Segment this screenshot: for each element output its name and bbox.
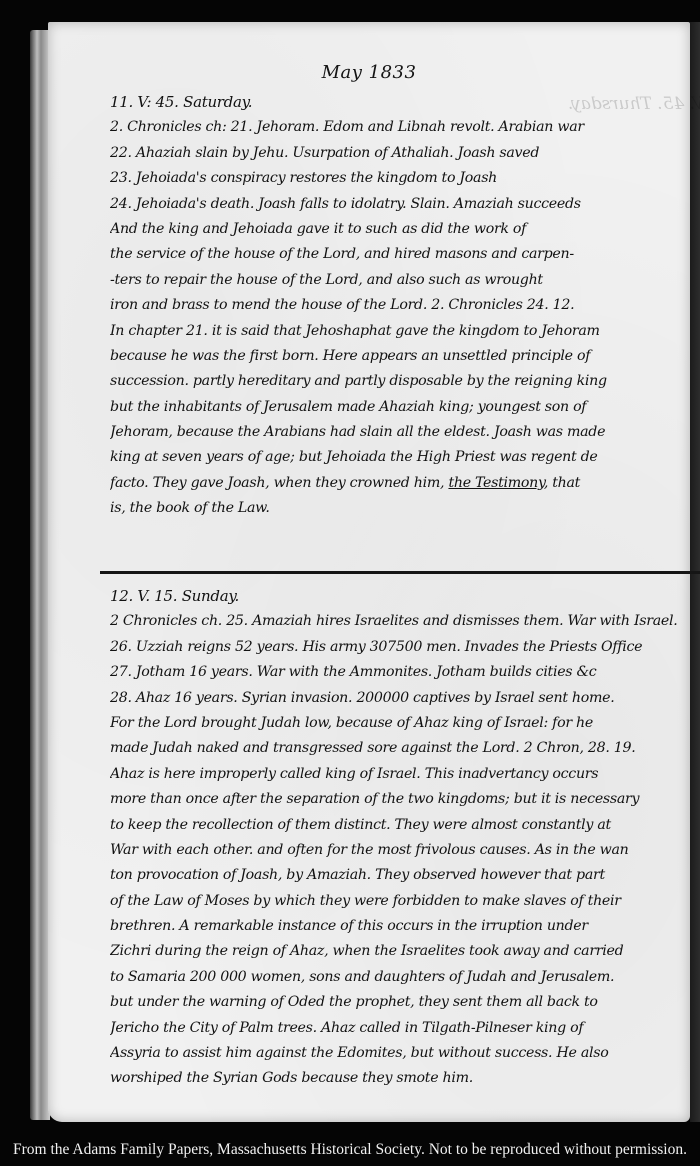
manuscript-line: but under the warning of Oded the prophe… xyxy=(110,990,700,1015)
diary-entry-2: 12. V. 15. Sunday.2 Chronicles ch. 25. A… xyxy=(110,584,700,1092)
scan-viewer: 9. V. 45. Thursday. May 1833 11. V: 45. … xyxy=(0,0,700,1166)
manuscript-line: made Judah naked and transgressed sore a… xyxy=(110,736,700,761)
manuscript-line: Assyria to assist him against the Edomit… xyxy=(110,1041,700,1066)
entry-date: 11. V: 45. Saturday. xyxy=(110,90,700,115)
manuscript-line: worshiped the Syrian Gods because they s… xyxy=(110,1066,700,1091)
manuscript-line: iron and brass to mend the house of the … xyxy=(110,293,700,318)
manuscript-line: Jehoram, because the Arabians had slain … xyxy=(110,420,700,445)
page-heading: May 1833 xyxy=(48,62,690,83)
diary-entry-1: 11. V: 45. Saturday.2. Chronicles ch: 21… xyxy=(110,90,700,522)
page-binding-edge xyxy=(30,30,50,1120)
manuscript-line: 24. Jehoiada's death. Joash falls to ido… xyxy=(110,192,700,217)
manuscript-line: 2. Chronicles ch: 21. Jehoram. Edom and … xyxy=(110,115,700,140)
manuscript-line: king at seven years of age; but Jehoiada… xyxy=(110,445,700,470)
manuscript-line: Zichri during the reign of Ahaz, when th… xyxy=(110,939,700,964)
manuscript-line: Jericho the City of Palm trees. Ahaz cal… xyxy=(110,1016,700,1041)
manuscript-line: Ahaz is here improperly called king of I… xyxy=(110,762,700,787)
manuscript-line: In chapter 21. it is said that Jehoshaph… xyxy=(110,319,700,344)
manuscript-line: is, the book of the Law. xyxy=(110,496,700,521)
manuscript-line: the service of the house of the Lord, an… xyxy=(110,242,700,267)
entry-date: 12. V. 15. Sunday. xyxy=(110,584,700,609)
manuscript-line: 23. Jehoiada's conspiracy restores the k… xyxy=(110,166,700,191)
manuscript-line: to keep the recollection of them distinc… xyxy=(110,813,700,838)
manuscript-line: but the inhabitants of Jerusalem made Ah… xyxy=(110,395,700,420)
manuscript-line: more than once after the separation of t… xyxy=(110,787,700,812)
manuscript-line: succession. partly hereditary and partly… xyxy=(110,369,700,394)
manuscript-line: For the Lord brought Judah low, because … xyxy=(110,711,700,736)
manuscript-line: of the Law of Moses by which they were f… xyxy=(110,889,700,914)
manuscript-line: facto. They gave Joash, when they crowne… xyxy=(110,471,700,496)
manuscript-line: to Samaria 200 000 women, sons and daugh… xyxy=(110,965,700,990)
manuscript-line: And the king and Jehoiada gave it to suc… xyxy=(110,217,700,242)
manuscript-line: brethren. A remarkable instance of this … xyxy=(110,914,700,939)
manuscript-line: 27. Jotham 16 years. War with the Ammoni… xyxy=(110,660,700,685)
manuscript-line: 28. Ahaz 16 years. Syrian invasion. 2000… xyxy=(110,686,700,711)
manuscript-line: ton provocation of Joash, by Amaziah. Th… xyxy=(110,863,700,888)
entry-divider-line xyxy=(100,571,700,574)
manuscript-line: -ters to repair the house of the Lord, a… xyxy=(110,268,700,293)
copyright-caption: From the Adams Family Papers, Massachuse… xyxy=(0,1141,700,1159)
underlined-phrase: the Testimony xyxy=(448,475,543,491)
manuscript-line: 22. Ahaziah slain by Jehu. Usurpation of… xyxy=(110,141,700,166)
manuscript-line: War with each other. and often for the m… xyxy=(110,838,700,863)
manuscript-line: 26. Uzziah reigns 52 years. His army 307… xyxy=(110,635,700,660)
manuscript-line: 2 Chronicles ch. 25. Amaziah hires Israe… xyxy=(110,609,700,634)
manuscript-page: 9. V. 45. Thursday. May 1833 11. V: 45. … xyxy=(48,22,690,1122)
manuscript-line: because he was the first born. Here appe… xyxy=(110,344,700,369)
